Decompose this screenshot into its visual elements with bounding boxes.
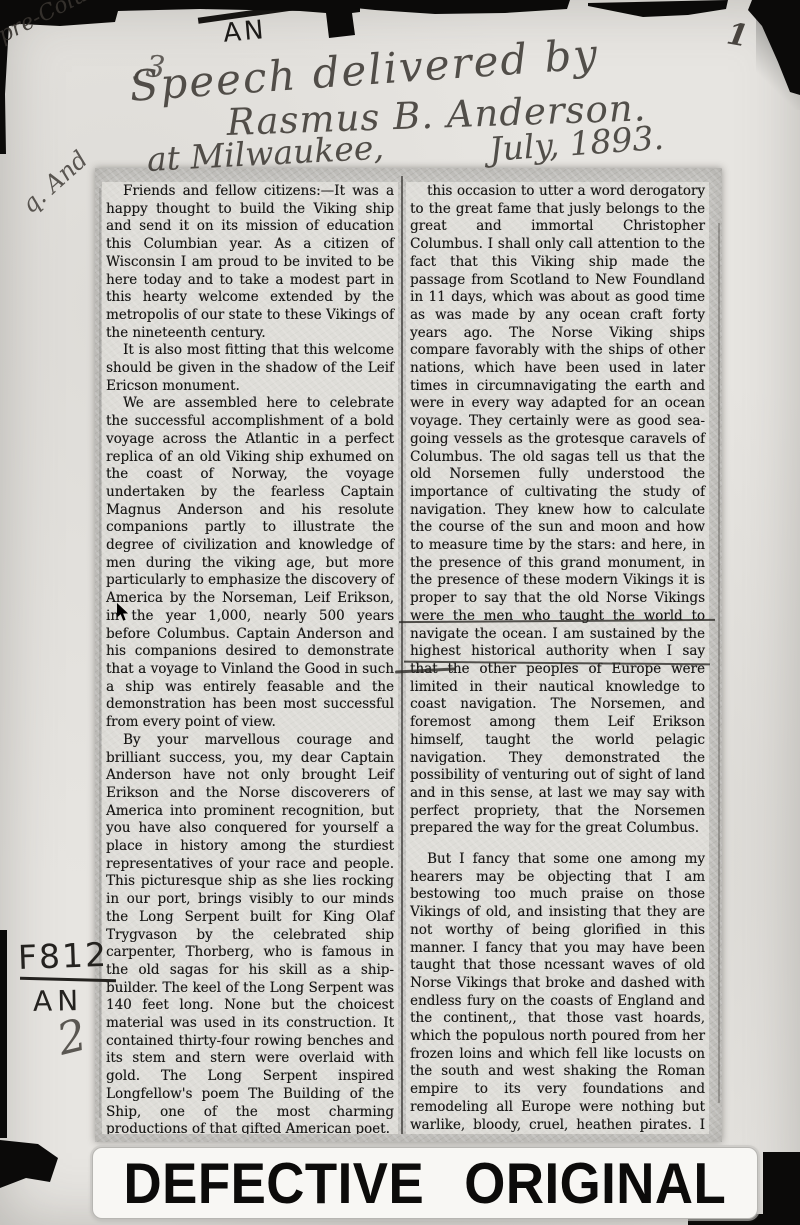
call-number-side-an: AN	[33, 983, 134, 1018]
clipping-right-rule	[718, 223, 720, 1103]
article-column-1: Friends and fellow citizens:—It was a ha…	[102, 182, 398, 1134]
scan-artifact	[355, 0, 570, 16]
article-paragraph: By your marvellous courage and brilliant…	[106, 732, 394, 1134]
article-paragraph: this occasion to utter a word derogatory…	[410, 183, 705, 838]
scanned-page: Friends and fellow citizens:—It was a ha…	[0, 0, 800, 1225]
article-paragraph: We are assembled here to celebrate the s…	[106, 395, 394, 731]
article-paragraph: But I fancy that some one among my heare…	[410, 851, 705, 1134]
scan-artifact	[0, 1136, 60, 1194]
handwritten-number-2: 2	[52, 1009, 92, 1065]
call-number-top-an: AN	[222, 15, 268, 49]
column-divider-rule	[401, 176, 403, 1134]
stamp-text: DEFECTIVE ORIGINAL	[124, 1149, 727, 1216]
article-paragraph: It is also most fitting that this welcom…	[106, 342, 394, 395]
call-number-side-rule	[20, 977, 116, 983]
scan-artifact	[588, 0, 728, 18]
call-number-side: F812 AN	[18, 936, 133, 1017]
article-paragraph: Friends and fellow citizens:—It was a ha…	[106, 183, 394, 342]
newspaper-clipping: Friends and fellow citizens:—It was a ha…	[95, 168, 722, 1142]
handwritten-margin-note: q. And	[16, 145, 93, 219]
scan-artifact	[0, 930, 7, 1138]
article-column-2: this occasion to utter a word derogatory…	[406, 182, 709, 1134]
page-number: 1	[724, 16, 751, 54]
call-number-side-f812: F812	[17, 934, 133, 977]
defective-original-stamp: DEFECTIVE ORIGINAL	[92, 1147, 758, 1219]
